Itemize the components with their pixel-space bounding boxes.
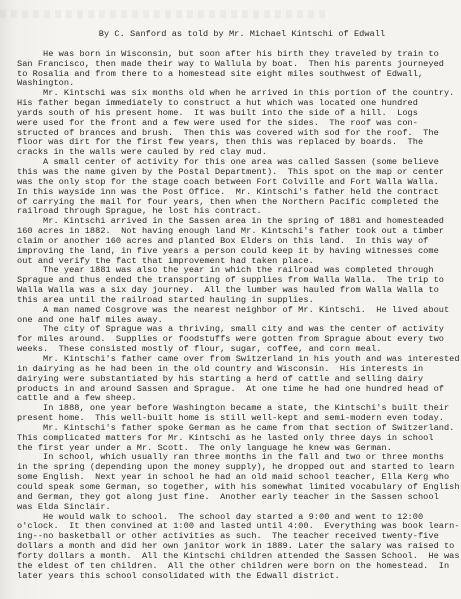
text-line: to Rosalia and from there to a homestead… [17, 70, 442, 80]
typed-document: By C. Sanford as told by Mr. Michael Kin… [17, 30, 442, 581]
document-body: He was born in Wisconsin, but soon after… [17, 50, 442, 582]
paper-scuff-marks [0, 10, 330, 18]
scanned-page: By C. Sanford as told by Mr. Michael Kin… [0, 0, 461, 599]
text-line: later years this school consolidated wit… [17, 572, 442, 582]
byline: By C. Sanford as told by Mr. Michael Kin… [77, 30, 407, 40]
